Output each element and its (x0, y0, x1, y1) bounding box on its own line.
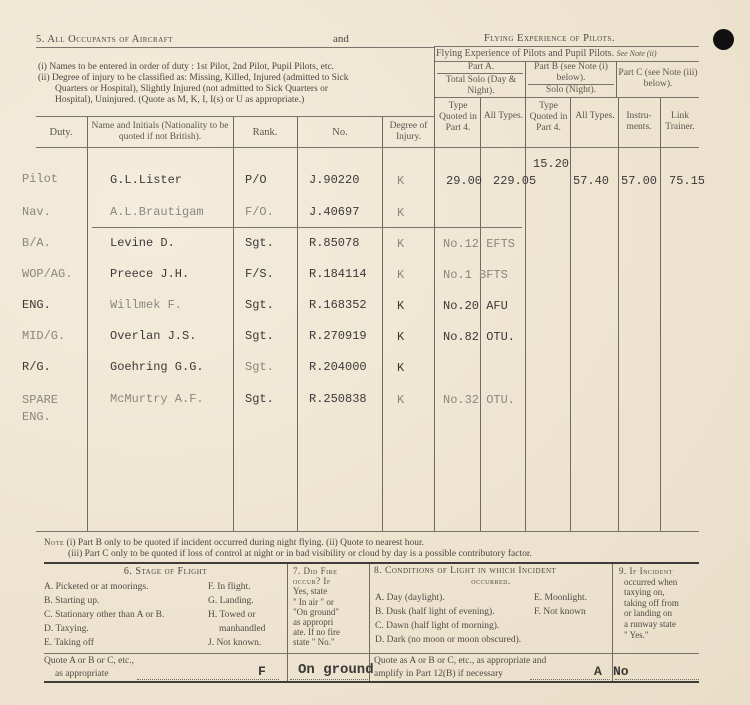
divider (233, 117, 234, 531)
stage-option: G. Landing. (208, 596, 254, 606)
divider (616, 61, 617, 97)
part-b-sub: Solo (Night). (527, 85, 615, 96)
runway-line: occurred when (619, 577, 699, 588)
col-link: Link Trainer. (661, 111, 699, 133)
experience-title: Flying Experience of Pilots and Pupil Pi… (436, 48, 657, 59)
stage-option: manhandled (219, 624, 265, 634)
fire-line: occur? If (293, 576, 367, 586)
instruction-line: (ii) Degree of injury to be classified a… (38, 73, 430, 84)
runway-line: a runway state (619, 619, 699, 630)
rank: Sgt. (245, 360, 274, 374)
rank: Sgt. (245, 236, 274, 250)
fire-question: 7. Did Fire occur? If Yes, state " In ai… (293, 566, 367, 648)
part-b-label: Part B (see Note (i) below). (527, 62, 615, 84)
duty: R/G. (22, 360, 51, 374)
runway-question: 9. If Incident occurred when taxying on,… (619, 566, 699, 640)
service-number: R.85078 (309, 236, 359, 250)
link-trainer-hours: 75.15 (669, 174, 705, 188)
light-answer[interactable]: A (594, 664, 602, 679)
fire-line: as appropri (293, 617, 367, 627)
punch-hole (713, 29, 734, 50)
training-unit: No.82 OTU. (443, 330, 515, 344)
rule (44, 562, 699, 564)
divider (525, 61, 526, 97)
divider (660, 97, 661, 531)
rule (92, 227, 522, 228)
divider (570, 97, 571, 531)
light-option: A. Day (daylight). (375, 593, 445, 603)
col-b-all: All Types. (572, 111, 618, 122)
service-number: J.90220 (309, 173, 359, 187)
training-unit: No.20 AFU (443, 299, 508, 313)
and-label: and (333, 33, 349, 45)
stage-option: E. Taking off (44, 638, 94, 648)
light-quote-label: Quote as A or B or C, etc., as appropria… (374, 656, 546, 666)
stage-option: C. Stationary other than A or B. (44, 610, 164, 620)
note-line: (iii) Part C only to be quoted if loss o… (44, 549, 532, 560)
divider (618, 97, 619, 531)
col-a-type: Type Quoted in Part 4. (436, 101, 480, 134)
duty: Nav. (22, 205, 51, 219)
stage-quote-label: Quote A or B or C, etc., (44, 656, 134, 666)
section-title: 5. All Occupants of Aircraft (36, 34, 173, 45)
stage-option: F. In flight. (208, 582, 251, 592)
fire-line: ate. If no fire (293, 627, 367, 637)
rank: F/S. (245, 267, 274, 281)
col-b-type: Type Quoted in Part 4. (527, 101, 570, 134)
injury: K (397, 361, 404, 375)
stage-option: H. Towed or (208, 610, 255, 620)
divider (287, 564, 288, 682)
fire-answer-line (290, 679, 368, 680)
stage-option: A. Picketed or at moorings. (44, 582, 148, 592)
service-number: R.270919 (309, 329, 367, 343)
rule (44, 681, 699, 683)
injury: K (397, 206, 404, 220)
light-quote-label: amplify in Part 12(B) if necessary (374, 669, 503, 679)
service-number: R.168352 (309, 298, 367, 312)
rank: Sgt. (245, 298, 274, 312)
col-injury: Degree of Injury. (383, 121, 434, 143)
col-duty: Duty. (36, 127, 86, 138)
part-b-type-hours: 15.20 (533, 157, 569, 171)
light-option: B. Dusk (half light of evening). (375, 607, 495, 617)
rule (36, 531, 699, 532)
light-option: D. Dark (no moon or moon obscured). (375, 635, 521, 645)
stage-answer-line (137, 679, 279, 680)
rank: Sgt. (245, 392, 274, 406)
see-note: See Note (ii) (617, 49, 657, 58)
instruments-hours: 57.00 (621, 174, 657, 188)
col-rank: Rank. (234, 127, 296, 138)
col-a-all: All Types. (482, 111, 525, 122)
rule (36, 47, 434, 48)
instruction-line: Quarters or Hospital), Slightly Injured … (38, 84, 430, 95)
service-number: R.204000 (309, 360, 367, 374)
fire-line: " In air " or (293, 597, 367, 607)
stage-quote-label: as appropriate (55, 669, 109, 679)
injury: K (397, 268, 404, 282)
part-a-all-hours: 229.05 (493, 174, 536, 188)
runway-line: 9. If Incident (619, 566, 699, 577)
fire-line: "On ground" (293, 607, 367, 617)
crew-name: Preece J.H. (110, 267, 189, 281)
crew-name: Willmek F. (110, 298, 182, 312)
runway-line: taking off from (619, 598, 699, 609)
duty: WOP/AG. (22, 267, 72, 281)
rule (437, 73, 523, 74)
part-a-label: Part A. (436, 62, 526, 73)
col-no: No. (298, 127, 382, 138)
part-c-label: Part C (see Note (iii) below). (617, 68, 699, 90)
rule (36, 147, 699, 148)
col-instruments: Instru-ments. (619, 111, 659, 133)
runway-answer[interactable]: No (613, 664, 629, 679)
crew-name: Levine D. (110, 236, 175, 250)
fire-line: 7. Did Fire (293, 566, 367, 576)
injury: K (397, 237, 404, 251)
light-option: C. Dawn (half light of morning). (375, 621, 499, 631)
duty: B/A. (22, 236, 51, 250)
light-answer-line (530, 679, 610, 680)
divider (297, 117, 298, 531)
duty: MID/G. (22, 329, 65, 343)
note-line: (i) Part B only to be quoted if incident… (67, 538, 425, 548)
crew-name: McMurtry A.F. (110, 392, 204, 406)
runway-answer-line (615, 679, 699, 680)
injury: K (397, 174, 404, 188)
crew-name: G.L.Lister (110, 173, 182, 187)
part-a-type-hours: 29.00 (446, 174, 482, 188)
stage-option: D. Taxying. (44, 624, 89, 634)
injury: K (397, 393, 404, 407)
duty: Pilot (22, 172, 58, 186)
experience-title-text: Flying Experience of Pilots and Pupil Pi… (436, 48, 614, 59)
divider (87, 117, 88, 531)
rule (44, 653, 699, 654)
light-title-2: occurred. (372, 576, 610, 586)
duty: ENG. (22, 298, 51, 312)
stage-answer[interactable]: F (258, 664, 266, 679)
injury: K (397, 299, 404, 313)
fire-answer[interactable]: On ground (298, 662, 374, 678)
runway-line: or landing on (619, 608, 699, 619)
part-a-sub: Total Solo (Day & Night). (436, 75, 526, 97)
stage-option: J. Not known. (208, 638, 261, 648)
training-unit: No.1 BFTS (443, 268, 508, 282)
rank: P/O (245, 173, 267, 187)
notes: Note (i) Part B only to be quoted if inc… (44, 537, 532, 560)
fire-line: Yes, state (293, 586, 367, 596)
divider (525, 97, 526, 531)
col-name: Name and Initials (Nationality to be quo… (88, 121, 232, 143)
stage-option: B. Starting up. (44, 596, 99, 606)
light-option: E. Moonlight. (534, 593, 587, 603)
light-option: F. Not known (534, 607, 586, 617)
divider (382, 117, 383, 531)
divider (480, 97, 481, 531)
crew-name: Goehring G.G. (110, 360, 204, 374)
stage-of-flight-title: 6. Stage of Flight (44, 566, 287, 577)
instruction-line: Hospital), Uninjured. (Quote as M, K, I,… (38, 95, 430, 106)
part-b-all-hours: 57.40 (573, 174, 609, 188)
right-title: Flying Experience of Pilots. (484, 33, 615, 44)
instructions: (i) Names to be entered in order of duty… (38, 62, 430, 106)
service-number: R.184114 (309, 267, 367, 281)
training-unit: No.32 OTU. (443, 393, 515, 407)
crew-name: Overlan J.S. (110, 329, 196, 343)
service-number: J.40697 (309, 205, 359, 219)
rule (434, 46, 699, 47)
rank: F/O. (245, 205, 274, 219)
runway-line: " Yes." (619, 630, 699, 641)
injury: K (397, 330, 404, 344)
duty: SPARE ENG. (22, 392, 72, 426)
light-title: 8. Conditions of Light in which Incident (374, 566, 556, 576)
divider (434, 46, 435, 531)
service-number: R.250838 (309, 392, 367, 406)
note-label: Note (44, 537, 64, 547)
fire-line: state " No." (293, 637, 367, 647)
crew-name: A.L.Brautigam (110, 205, 204, 219)
instruction-line: (i) Names to be entered in order of duty… (38, 62, 430, 73)
runway-line: taxying on, (619, 587, 699, 598)
training-unit: No.12 EFTS (443, 237, 515, 251)
rule (36, 116, 434, 117)
rank: Sgt. (245, 329, 274, 343)
